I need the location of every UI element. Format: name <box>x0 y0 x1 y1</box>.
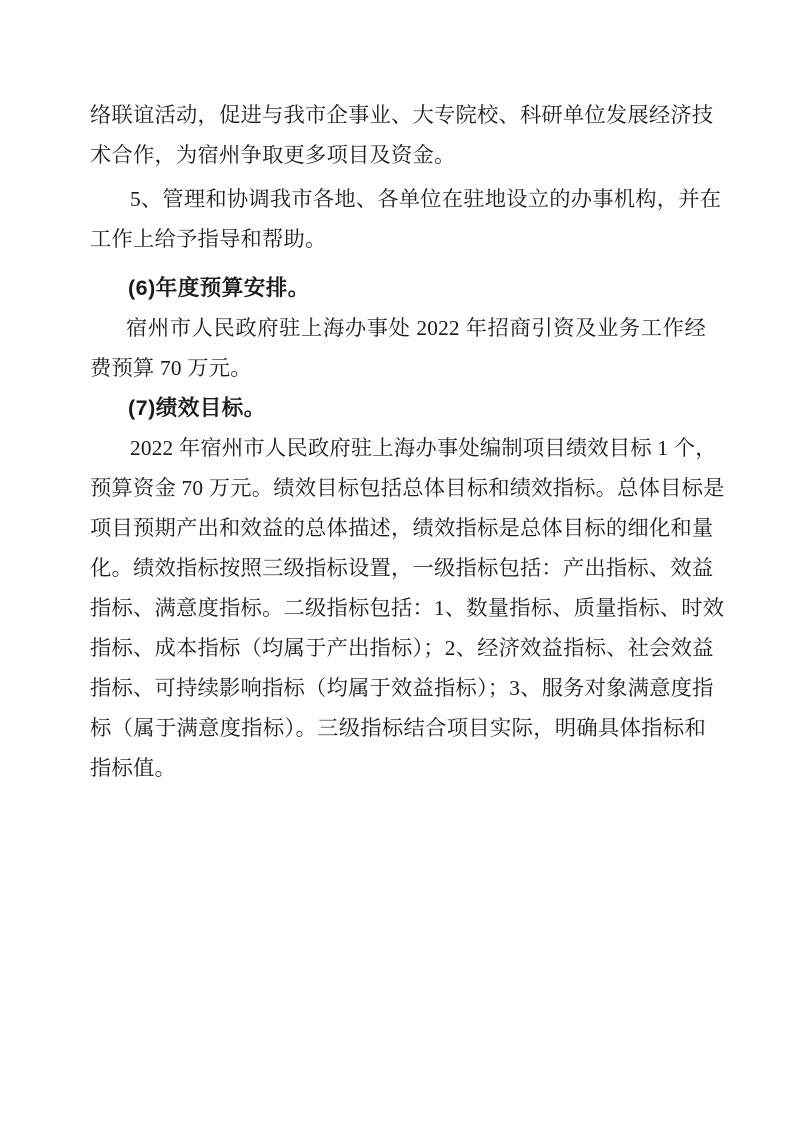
text-line: 指标值。 <box>90 748 706 788</box>
text-line: 费预算 70 万元。 <box>90 348 706 388</box>
text-line: 标（属于满意度指标）。三级指标结合项目实际，明确具体指标和 <box>90 708 706 748</box>
heading-line: (6)年度预算安排。 <box>90 268 706 308</box>
text-line: 指标、满意度指标。二级指标包括：1、数量指标、质量指标、时效 <box>90 588 706 628</box>
text-line: 2022 年宿州市人民政府驻上海办事处编制项目绩效目标 1 个， <box>90 428 706 468</box>
text-line: 指标、可持续影响指标（均属于效益指标）；3、服务对象满意度指 <box>90 668 706 708</box>
text-line: 工作上给予指导和帮助。 <box>90 219 706 259</box>
para-item-5-manage-coordinate: 5、管理和协调我市各地、各单位在驻地设立的办事机构，并在工作上给予指导和帮助。 <box>90 179 706 259</box>
heading-7-performance-goals: (7)绩效目标。 <box>90 388 706 428</box>
text-line: 化。绩效指标按照三级指标设置，一级指标包括：产出指标、效益 <box>90 548 706 588</box>
para-budget-amount: 宿州市人民政府驻上海办事处 2022 年招商引资及业务工作经费预算 70 万元。 <box>90 308 706 388</box>
text-line: 指标、成本指标（均属于产出指标）；2、经济效益指标、社会效益 <box>90 628 706 668</box>
document-page: 络联谊活动，促进与我市企事业、大专院校、科研单位发展经济技术合作，为宿州争取更多… <box>0 0 793 1122</box>
para-liaison-activities: 络联谊活动，促进与我市企事业、大专院校、科研单位发展经济技术合作，为宿州争取更多… <box>90 95 706 175</box>
text-column: 络联谊活动，促进与我市企事业、大专院校、科研单位发展经济技术合作，为宿州争取更多… <box>90 95 706 788</box>
text-line: 术合作，为宿州争取更多项目及资金。 <box>90 135 706 175</box>
text-line: 预算资金 70 万元。绩效目标包括总体目标和绩效指标。总体目标是 <box>90 468 706 508</box>
text-line: 络联谊活动，促进与我市企事业、大专院校、科研单位发展经济技 <box>90 95 706 135</box>
text-line: 5、管理和协调我市各地、各单位在驻地设立的办事机构，并在 <box>90 179 706 219</box>
heading-6-annual-budget-arrangement: (6)年度预算安排。 <box>90 268 706 308</box>
heading-line: (7)绩效目标。 <box>90 388 706 428</box>
para-performance-goal-details: 2022 年宿州市人民政府驻上海办事处编制项目绩效目标 1 个，预算资金 70 … <box>90 428 706 788</box>
text-line: 项目预期产出和效益的总体描述，绩效指标是总体目标的细化和量 <box>90 508 706 548</box>
text-line: 宿州市人民政府驻上海办事处 2022 年招商引资及业务工作经 <box>90 308 706 348</box>
